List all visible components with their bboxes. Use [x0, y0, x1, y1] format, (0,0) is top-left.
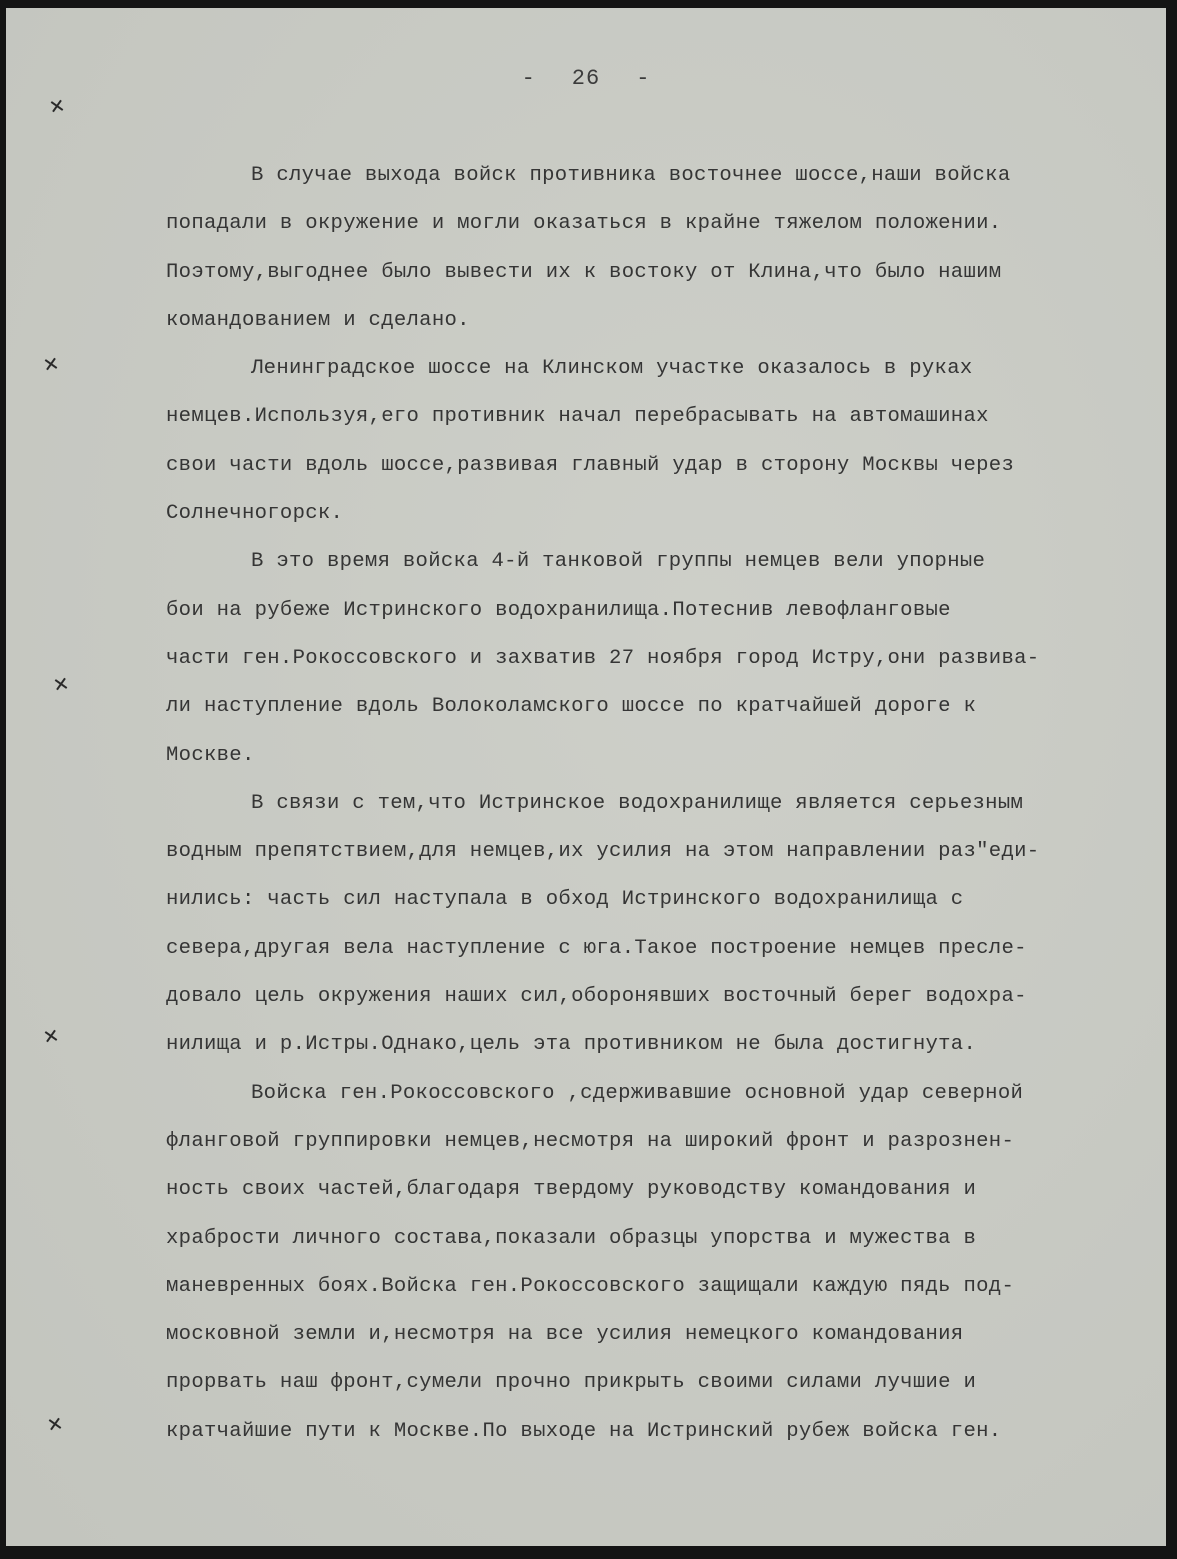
text-line: прорвать наш фронт,сумели прочно прикрыт…: [166, 1359, 1166, 1407]
text-line: водным препятствием,для немцев,их усилия…: [166, 828, 1166, 876]
text-line: Войска ген.Рокоссовского ,сдерживавшие о…: [166, 1070, 1166, 1118]
text-line: севера,другая вела наступление с юга.Так…: [166, 925, 1166, 973]
text-line: попадали в окружение и могли оказаться в…: [166, 200, 1166, 248]
text-line: В связи с тем,что Истринское водохранили…: [166, 780, 1166, 828]
document-page: -26- В случае выхода войск противника во…: [6, 8, 1166, 1546]
text-line: ность своих частей,благодаря твердому ру…: [166, 1166, 1166, 1214]
text-line: Солнечногорск.: [166, 490, 1166, 538]
text-line: В случае выхода войск противника восточн…: [166, 152, 1166, 200]
text-line: командованием и сделано.: [166, 297, 1166, 345]
text-line: В это время войска 4-й танковой группы н…: [166, 538, 1166, 586]
binding-hole-mark-icon: [54, 678, 66, 690]
text-line: части ген.Рокоссовского и захватив 27 но…: [166, 635, 1166, 683]
page-number-header: -26-: [6, 66, 1166, 91]
binding-hole-mark-icon: [44, 1030, 56, 1042]
text-line: довало цель окружения наших сил,обороняв…: [166, 973, 1166, 1021]
text-line: нились: часть сил наступала в обход Истр…: [166, 876, 1166, 924]
text-line: Москве.: [166, 732, 1166, 780]
text-line: храбрости личного состава,показали образ…: [166, 1215, 1166, 1263]
text-line: свои части вдоль шоссе,развивая главный …: [166, 442, 1166, 490]
page-number: 26: [572, 66, 600, 91]
text-line: ли наступление вдоль Волоколамского шосс…: [166, 683, 1166, 731]
text-line: маневренных боях.Войска ген.Рокоссовског…: [166, 1263, 1166, 1311]
text-line: кратчайшие пути к Москве.По выходе на Ис…: [166, 1408, 1166, 1456]
text-line: нилища и р.Истры.Однако,цель эта противн…: [166, 1021, 1166, 1069]
text-line: немцев.Используя,его противник начал пер…: [166, 393, 1166, 441]
binding-hole-mark-icon: [48, 1418, 60, 1430]
text-line: Поэтому,выгоднее было вывести их к восто…: [166, 249, 1166, 297]
text-line: московной земли и,несмотря на все усилия…: [166, 1311, 1166, 1359]
text-line: бои на рубеже Истринского водохранилища.…: [166, 587, 1166, 635]
typed-text-body: В случае выхода войск противника восточн…: [166, 152, 1166, 1456]
page-number-dash-right: -: [636, 66, 650, 91]
text-line: фланговой группировки немцев,несмотря на…: [166, 1118, 1166, 1166]
binding-hole-mark-icon: [44, 358, 56, 370]
binding-hole-mark-icon: [50, 100, 62, 112]
page-number-dash-left: -: [522, 66, 536, 91]
text-line: Ленинградское шоссе на Клинском участке …: [166, 345, 1166, 393]
